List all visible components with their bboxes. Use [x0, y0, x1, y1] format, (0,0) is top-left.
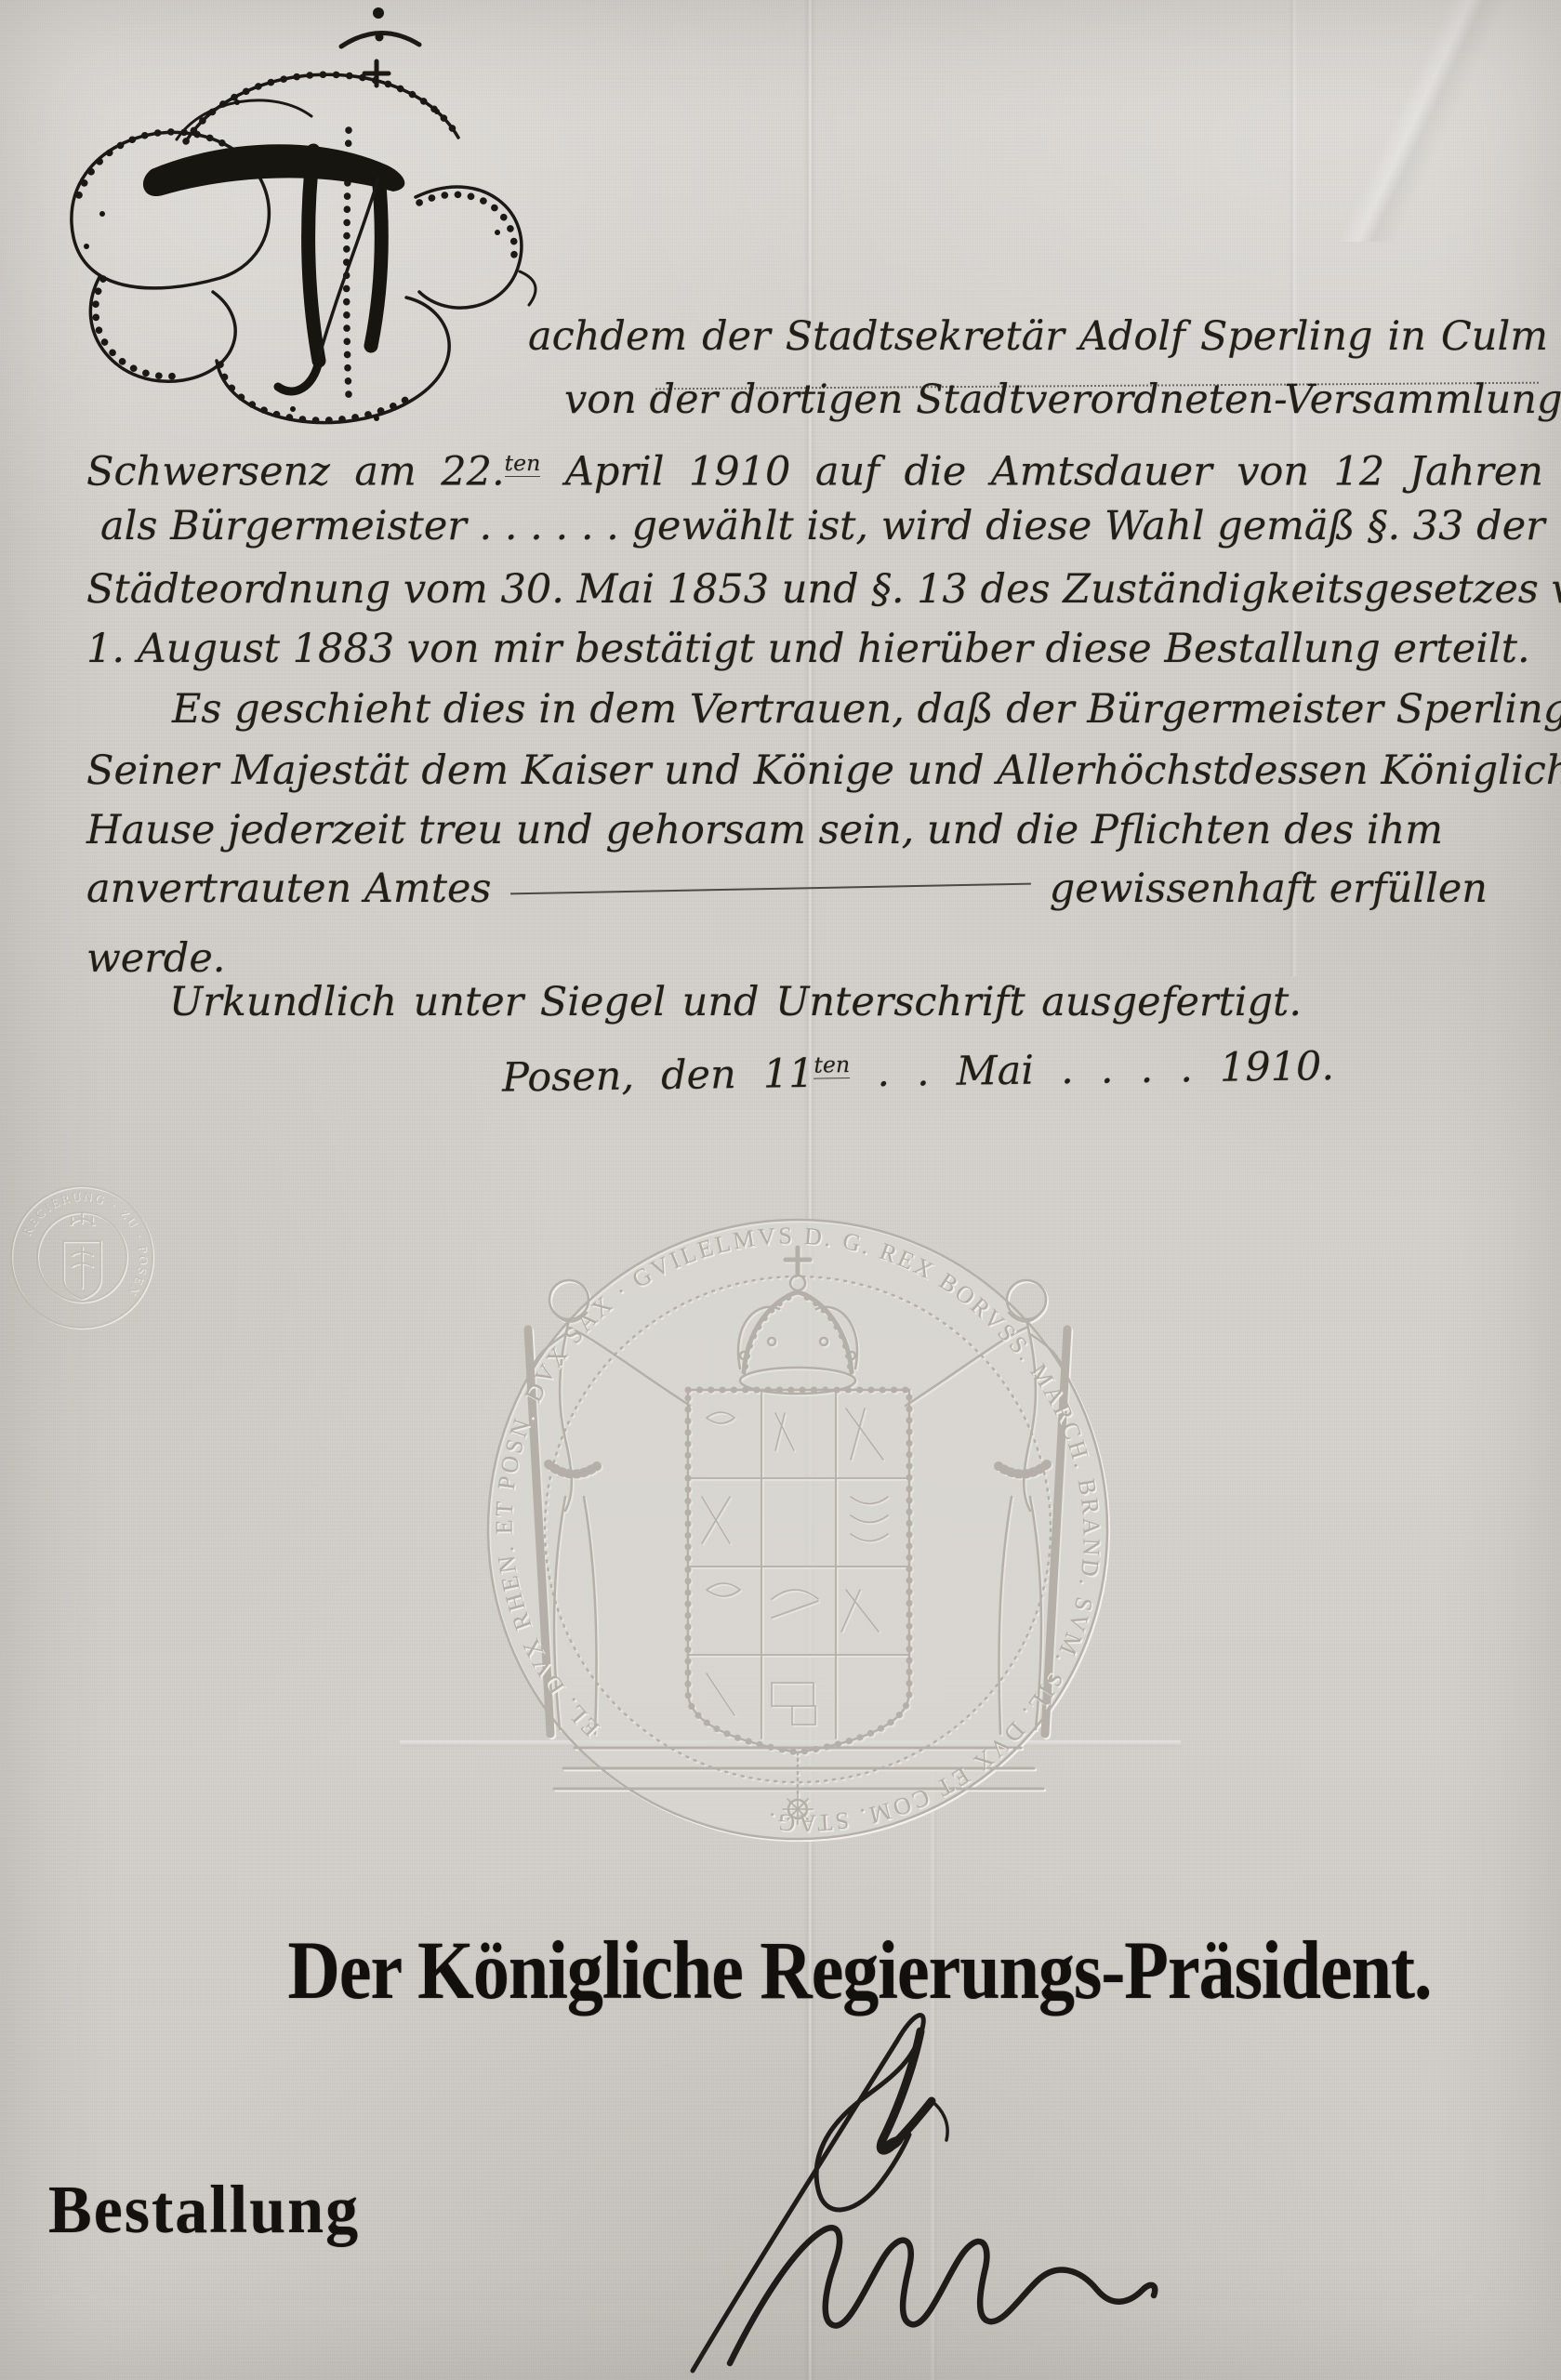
page-vignette: [0, 0, 1561, 2380]
scanned-document-page: { "document": { "initial_letter": "N", "…: [0, 0, 1561, 2380]
